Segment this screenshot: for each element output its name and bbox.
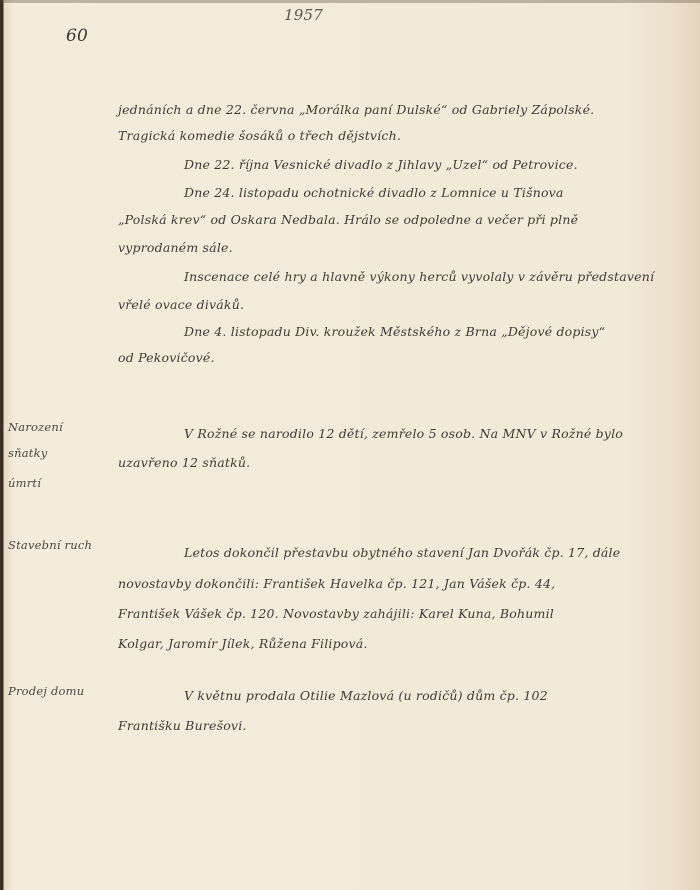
manuscript-page: 1957 60 jednáních a dne 22. června „Morá… bbox=[0, 0, 700, 890]
text-line: novostavby dokončili: František Havelka … bbox=[118, 576, 555, 591]
text-line: uzavřeno 12 sňatků. bbox=[118, 455, 250, 470]
text-line: Františku Burešovi. bbox=[118, 718, 247, 733]
text-line: „Polská krev“ od Oskara Nedbala. Hrálo s… bbox=[118, 212, 578, 227]
year-heading: 1957 bbox=[284, 6, 323, 24]
margin-label: Stavební ruch bbox=[8, 538, 92, 552]
text-line: Letos dokončil přestavbu obytného staven… bbox=[184, 545, 620, 560]
text-line: vřelé ovace diváků. bbox=[118, 297, 244, 312]
page-number: 60 bbox=[66, 26, 88, 46]
text-line: od Pekovičové. bbox=[118, 350, 215, 365]
text-line: Dne 24. listopadu ochotnické divadlo z L… bbox=[184, 185, 564, 200]
margin-label: Narození bbox=[8, 420, 63, 434]
text-line: František Vášek čp. 120. Novostavby zahá… bbox=[118, 606, 554, 621]
text-line: Kolgar, Jaromír Jílek, Růžena Filipová. bbox=[118, 636, 368, 651]
margin-label: sňatky bbox=[8, 446, 47, 460]
text-line: jednáních a dne 22. června „Morálka paní… bbox=[118, 102, 594, 117]
text-line: vyprodaném sále. bbox=[118, 240, 233, 255]
margin-label: úmrtí bbox=[8, 476, 41, 490]
text-line: Dne 4. listopadu Div. kroužek Městského … bbox=[184, 324, 605, 339]
text-line: Dne 22. října Vesnické divadlo z Jihlavy… bbox=[184, 157, 578, 172]
text-line: V Rožné se narodilo 12 dětí, zemřelo 5 o… bbox=[184, 426, 623, 441]
text-line: Tragická komedie šosáků o třech dějstvíc… bbox=[118, 128, 401, 143]
text-line: Inscenace celé hry a hlavně výkony herců… bbox=[184, 269, 654, 284]
margin-label: Prodej domu bbox=[8, 684, 84, 698]
text-line: V květnu prodala Otilie Mazlová (u rodič… bbox=[184, 688, 548, 703]
